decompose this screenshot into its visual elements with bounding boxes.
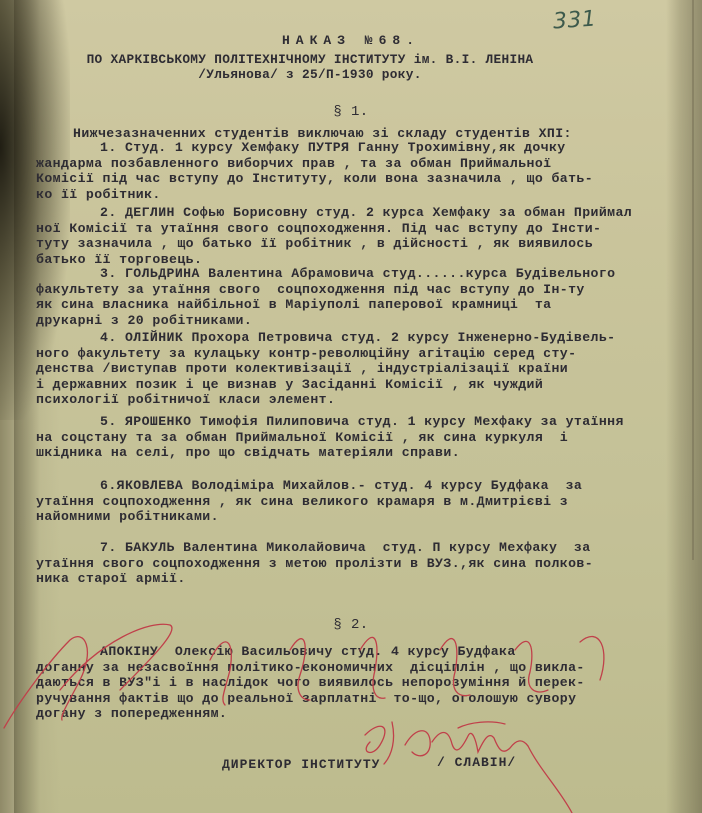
document-page: 331 НАКАЗ №68. ПО ХАРКІВСЬКОМУ ПОЛІТЕХНІ…: [0, 0, 702, 813]
handwritten-ink: [0, 0, 702, 813]
signature-icon: [4, 624, 604, 813]
